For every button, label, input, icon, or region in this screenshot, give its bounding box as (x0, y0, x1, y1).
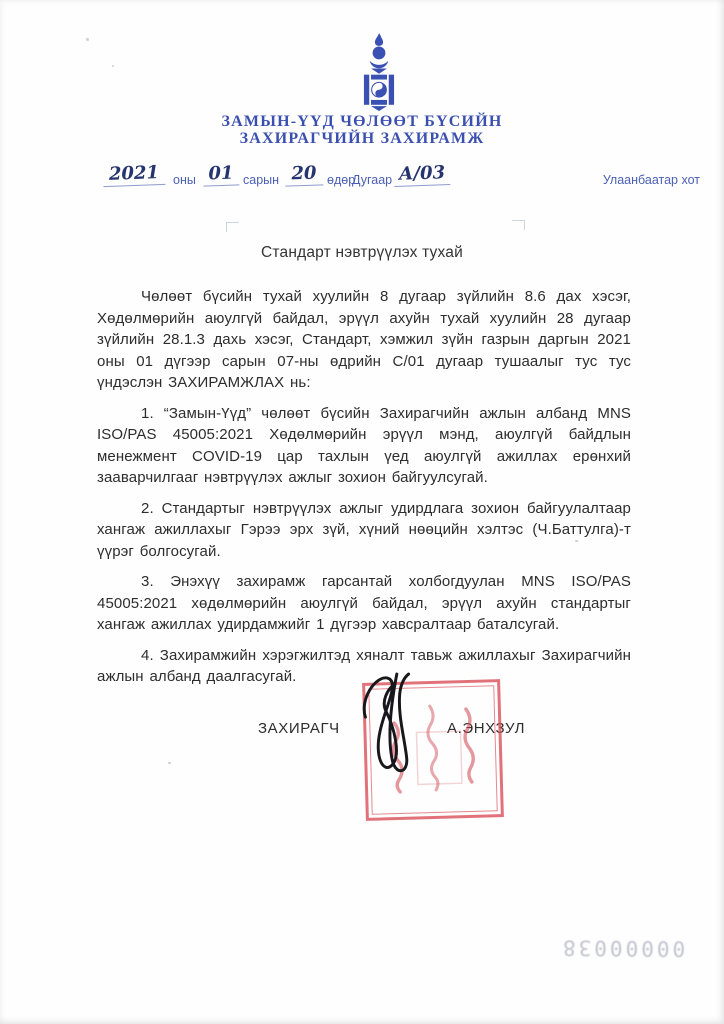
handwritten-month: 01 (203, 162, 240, 186)
number-label: Дугаар (352, 173, 392, 187)
clause-2: 2. Стандартыг нэвтрүүлэх ажлыг удирдлага… (97, 498, 631, 563)
organization-heading: ЗАМЫН-ҮҮД ЧӨЛӨӨТ БҮСИЙН ЗАХИРАГЧИЙН ЗАХИ… (0, 113, 724, 147)
corner-mark-right (512, 220, 525, 230)
corner-mark-left (226, 222, 239, 232)
scan-speck (86, 38, 89, 41)
day-label: өдөр (327, 173, 355, 187)
scanned-decree-page: ЗАМЫН-ҮҮД ЧӨЛӨӨТ БҮСИЙН ЗАХИРАГЧИЙН ЗАХИ… (0, 0, 724, 1024)
scan-speck (168, 762, 171, 764)
handwritten-signature (338, 666, 436, 784)
year-label: оны (173, 173, 196, 187)
organization-line1: ЗАМЫН-ҮҮД ЧӨЛӨӨТ БҮСИЙН (0, 113, 724, 130)
handwritten-document-number: А/03 (394, 162, 451, 187)
signer-role-label: ЗАХИРАГЧ (258, 720, 340, 737)
city-label: Улаанбаатар хот (603, 173, 700, 187)
handwritten-day: 20 (285, 162, 324, 186)
organization-line2: ЗАХИРАГЧИЙН ЗАХИРАМЖ (0, 130, 724, 147)
document-title: Стандарт нэвтрүүлэх тухай (0, 244, 724, 262)
clause-3: 3. Энэхүү захирамж гарсантай холбогдуула… (97, 571, 631, 636)
intro-paragraph: Чөлөөт бүсийн тухай хуулийн 8 дугаар зүй… (97, 286, 631, 394)
month-label: сарын (243, 173, 279, 187)
scan-speck (575, 540, 578, 542)
document-body: Чөлөөт бүсийн тухай хуулийн 8 дугаар зүй… (97, 286, 631, 697)
dateline: 2021 оны 01 сарын 20 өдөр Дугаар А/03 Ул… (97, 163, 700, 197)
soyombo-emblem-icon (349, 33, 409, 111)
serial-number-stamp: 00000038 (560, 935, 685, 960)
handwritten-year: 2021 (103, 162, 166, 187)
scan-speck (112, 65, 114, 67)
clause-1: 1. “Замын-Үүд” чөлөөт бүсийн Захирагчийн… (97, 403, 631, 489)
